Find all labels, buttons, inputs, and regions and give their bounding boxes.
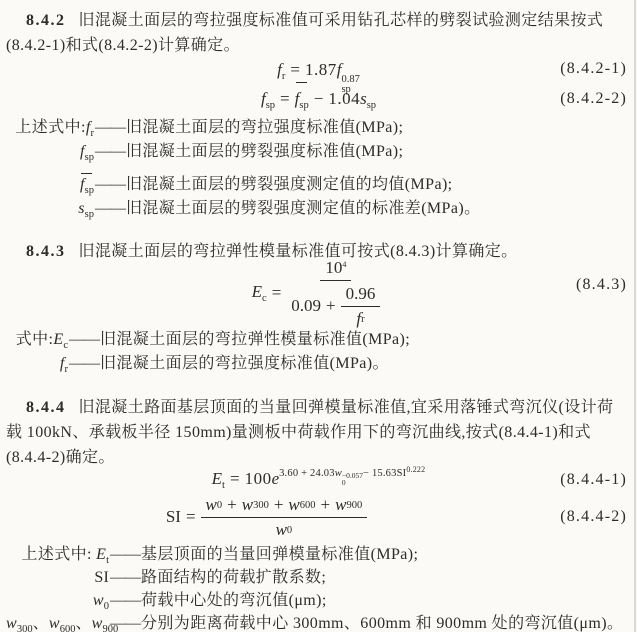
mean-value-symbol: f [295,85,300,113]
formula-number-8-4-2-2: (8.4.2-2) [560,90,627,108]
definition-row: ssp —— 旧混凝土面层的劈裂强度测定值的标准差(MPa)。 [6,195,631,219]
definition-list-842: 上述式中:fr —— 旧混凝土面层的弯拉强度标准值(MPa); fsp —— 旧… [6,114,631,219]
where-label: 式中: [16,331,54,348]
mean-value-symbol: f [80,176,85,194]
paragraph-844-line1: 8.4.4旧混凝土路面基层顶面的当量回弹模量标准值,宜采用落锤式弯沉仪(设计荷 [26,396,613,420]
formula-8-4-2-1-expression: fr=1.87f0.87sp [277,60,360,79]
paragraph-842-line2: (8.4.2-1)和式(8.4.2-2)计算确定。 [6,34,240,58]
section-number-844: 8.4.4 [26,399,66,416]
exponent: 3.60 + 24.03w−0.0570− 15.63SI0.222 [279,468,425,479]
formula-8-4-2-2: fsp=fsp−1.04ssp (8.4.2-2) [10,85,627,113]
definition-row: fsp —— 旧混凝土面层的劈裂强度测定值的均值(MPa); [6,162,631,195]
fraction-inner: 0.96 fr [341,283,381,329]
formula-number-8-4-2-1: (8.4.2-1) [560,60,627,78]
definition-row: w300、w600、w900 —— 分别为距离荷载中心 300mm、600mm … [6,610,631,632]
definition-row: 上述式中:fr —— 旧混凝土面层的弯拉强度标准值(MPa); [6,114,631,138]
definition-row: 式中:Ec —— 旧混凝土面层的弯拉弹性模量标准值(MPa); [6,326,631,350]
fraction: w0 + w300 + w600 + w900 w0 [201,494,368,540]
formula-8-4-4-2-expression: SI = w0 + w300 + w600 + w900 w0 [166,494,367,540]
where-label: 上述式中: [21,546,91,563]
page-edge-line [634,0,636,632]
paragraph-844-line2: 载 100kN、承载板半径 150mm)量测板中荷载作用下的弯沉曲线,按式(8.… [6,421,591,445]
paragraph-842-line1: 8.4.2旧混凝土面层的弯拉强度标准值可采用钻孔芯样的劈裂试验测定结果按式 [26,9,603,33]
formula-8-4-3-expression: Ec = 104 0.09 + 0.96 fr [252,257,386,329]
definition-list-844: 上述式中: Et —— 基层顶面的当量回弹模量标准值(MPa); SI —— 路… [6,541,631,632]
formula-8-4-4-2: SI = w0 + w300 + w600 + w900 w0 (8.4.4-2… [10,494,627,540]
formula-8-4-4-1-expression: Et=100e3.60 + 24.03w−0.0570− 15.63SI0.22… [212,469,426,488]
formula-8-4-3: Ec = 104 0.09 + 0.96 fr (8.4.3) [10,257,627,313]
fraction: 104 0.09 + 0.96 fr [286,257,385,329]
definition-row: SI —— 路面结构的荷载扩散系数; [6,564,631,587]
where-label: 上述式中: [15,119,85,136]
section-number-842: 8.4.2 [26,12,66,29]
formula-8-4-2-2-expression: fsp=fsp−1.04ssp [261,89,376,108]
document-page: 8.4.2旧混凝土面层的弯拉强度标准值可采用钻孔芯样的劈裂试验测定结果按式 (8… [0,0,637,632]
definition-row: fsp —— 旧混凝土面层的劈裂强度标准值(MPa); [6,138,631,162]
definition-row: 上述式中: Et —— 基层顶面的当量回弹模量标准值(MPa); [6,541,631,564]
formula-number-8-4-4-1: (8.4.4-1) [560,471,627,489]
definition-row: fr —— 旧混凝土面层的弯拉强度标准值(MPa)。 [6,350,631,374]
formula-8-4-4-1: Et=100e3.60 + 24.03w−0.0570− 15.63SI0.22… [10,465,627,495]
formula-number-8-4-4-2: (8.4.4-2) [560,508,627,526]
formula-8-4-2-1: fr=1.87f0.87sp (8.4.2-1) [10,56,627,82]
formula-number-8-4-3: (8.4.3) [576,276,627,294]
definition-row: w0 —— 荷载中心处的弯沉值(μm); [6,587,631,610]
definition-list-843: 式中:Ec —— 旧混凝土面层的弯拉弹性模量标准值(MPa); fr —— 旧混… [6,326,631,374]
paragraph-842-text1: 旧混凝土面层的弯拉强度标准值可采用钻孔芯样的劈裂试验测定结果按式 [79,12,604,29]
